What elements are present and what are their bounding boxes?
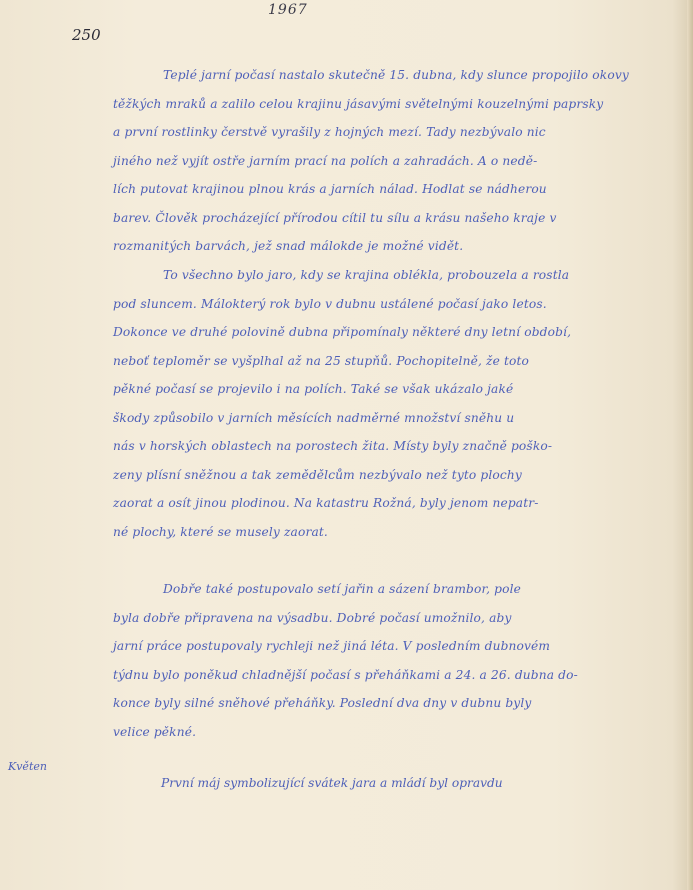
text-line: jarní práce postupovaly rychleji než jin… — [113, 632, 653, 661]
text-line: škody způsobilo v jarních měsících nadmě… — [113, 404, 653, 433]
text-line: týdnu bylo poněkud chladnější počasí s p… — [113, 661, 653, 690]
text-line: Dokonce ve druhé polovině dubna připomín… — [113, 318, 653, 347]
text-line: zaorat a osít jinou plodinou. Na katastr… — [113, 489, 653, 518]
text-line: a první rostlinky čerstvě vyrašily z hoj… — [113, 118, 653, 147]
text-line: konce byly silné sněhové přeháňky. Posle… — [113, 689, 653, 718]
paragraph-2: To všechno bylo jaro, kdy se krajina obl… — [113, 261, 653, 546]
text-line: těžkých mraků a zalilo celou krajinu jás… — [113, 90, 653, 119]
text-line: rozmanitých barvách, jež snad málokde je… — [113, 232, 653, 261]
text-line: nás v horských oblastech na porostech ži… — [113, 432, 653, 461]
chronicle-page: 1967 250 Teplé jarní počasí nastalo skut… — [0, 0, 693, 890]
text-line: velice pěkné. — [113, 718, 653, 747]
page-edge — [687, 0, 693, 890]
paragraph-1: Teplé jarní počasí nastalo skutečně 15. … — [113, 61, 653, 261]
text-line: lích putovat krajinou plnou krás a jarní… — [113, 175, 653, 204]
text-line: zeny plísní sněžnou a tak zemědělcům nez… — [113, 461, 653, 490]
text-line: pod sluncem. Málokterý rok bylo v dubnu … — [113, 290, 653, 319]
text-line: né plochy, které se musely zaorat. — [113, 518, 653, 547]
paragraph-3: Dobře také postupovalo setí jařin a sáze… — [113, 575, 653, 746]
text-line: Teplé jarní počasí nastalo skutečně 15. … — [113, 61, 653, 90]
page-number: 250 — [72, 26, 101, 44]
text-line: barev. Člověk procházející přírodou cíti… — [113, 204, 653, 233]
margin-note-month: Květen — [8, 760, 47, 773]
text-line: jiného než vyjít ostře jarním prací na p… — [113, 147, 653, 176]
text-line: byla dobře připravena na výsadbu. Dobré … — [113, 604, 653, 633]
text-line: Dobře také postupovalo setí jařin a sáze… — [113, 575, 653, 604]
year-heading: 1967 — [268, 2, 308, 18]
next-section-line: První máj symbolizující svátek jara a ml… — [161, 776, 503, 790]
text-line: To všechno bylo jaro, kdy se krajina obl… — [113, 261, 653, 290]
text-line: neboť teploměr se vyšplhal až na 25 stup… — [113, 347, 653, 376]
text-line: pěkné počasí se projevilo i na polích. T… — [113, 375, 653, 404]
